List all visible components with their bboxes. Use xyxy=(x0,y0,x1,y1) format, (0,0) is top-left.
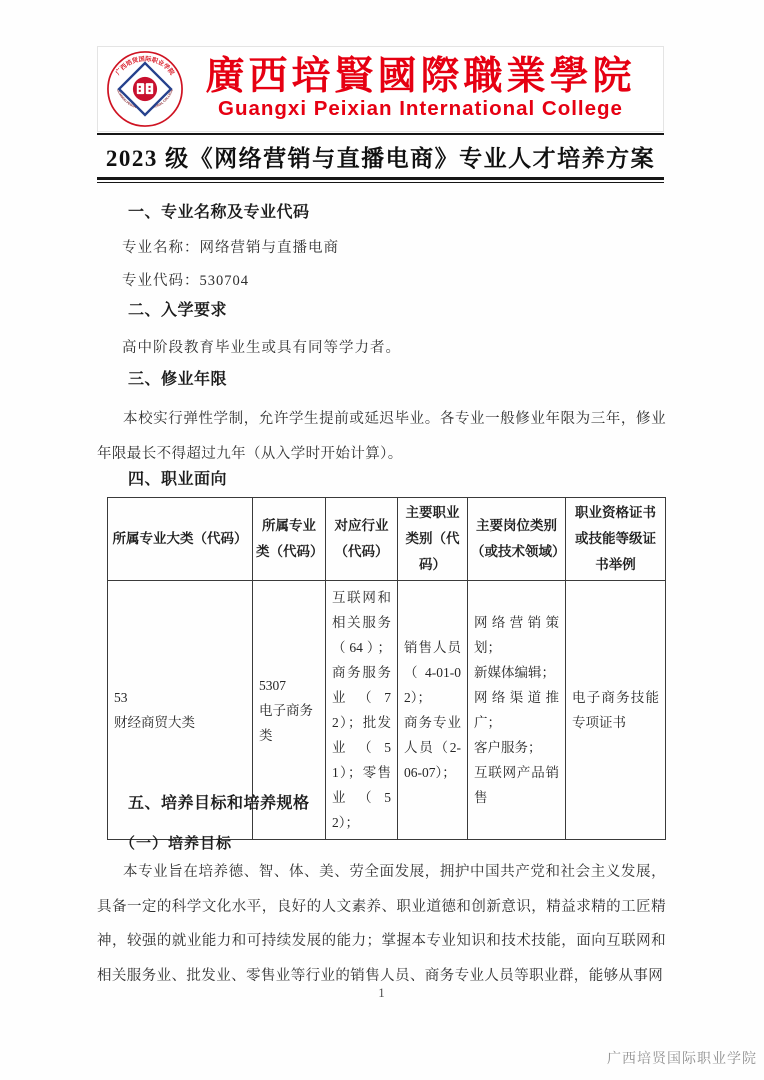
section-one-heading: 一、专业名称及专业代码 xyxy=(128,203,310,224)
college-masthead: 广西培贤国际职业学院 GUANGXI PEIXIAN INTERNATIONAL… xyxy=(97,46,664,132)
section-three-paragraph: 本校实行弹性学制，允许学生提前或延迟毕业。各专业一般修业年限为三年，修业年限最长… xyxy=(97,402,666,471)
header-occupations: 主要职业类别（代码） xyxy=(398,498,468,581)
table-header-row: 所属专业大类（代码） 所属专业类（代码） 对应行业（代码） 主要职业类别（代码）… xyxy=(108,498,666,581)
header-major-class: 所属专业类（代码） xyxy=(253,498,326,581)
section-three-heading: 三、修业年限 xyxy=(128,370,227,391)
cell-industries: 互联网和相关服务（64）；商务服务业（72）；批发业（51）；零售业（52）； xyxy=(326,581,398,840)
career-orientation-table: 所属专业大类（代码） 所属专业类（代码） 对应行业（代码） 主要职业类别（代码）… xyxy=(107,497,666,840)
section-five-subheading: （一）培养目标 xyxy=(120,832,232,853)
section-two-body: 高中阶段教育毕业生或具有同等学力者。 xyxy=(122,336,401,357)
page-number: 1 xyxy=(97,986,666,1001)
college-name-en: Guangxi Peixian International College xyxy=(184,97,657,121)
section-four-heading: 四、职业面向 xyxy=(128,470,227,491)
major-code-line: 专业代码：530704 xyxy=(122,269,249,290)
footer-college-name: 广西培贤国际职业学院 xyxy=(607,1048,757,1068)
cell-certificates: 电子商务技能专项证书 xyxy=(566,581,666,840)
title-rule-thick xyxy=(97,177,664,180)
header-industries: 对应行业（代码） xyxy=(326,498,398,581)
college-emblem-icon: 广西培贤国际职业学院 GUANGXI PEIXIAN INTERNATIONAL… xyxy=(106,50,184,128)
section-two-heading: 二、入学要求 xyxy=(128,301,227,322)
document-page: 广西培贤国际职业学院 GUANGXI PEIXIAN INTERNATIONAL… xyxy=(0,0,764,1080)
major-name-line: 专业名称：网络营销与直播电商 xyxy=(122,236,339,257)
header-job-positions: 主要岗位类别（或技术领域） xyxy=(468,498,566,581)
section-five-paragraph: 本专业旨在培养德、智、体、美、劳全面发展，拥护中国共产党和社会主义发展，具备一定… xyxy=(97,855,666,993)
cell-occupations: 销售人员（4-01-02）； 商务专业人员（2-06-07）； xyxy=(398,581,468,840)
college-name-zh: 廣西培賢國際職業學院 xyxy=(184,57,657,97)
section-five-heading: 五、培养目标和培养规格 xyxy=(128,794,310,815)
cell-job-positions: 网络营销策划； 新媒体编辑； 网络渠道推广； 客户服务； 互联网产品销售 xyxy=(468,581,566,840)
title-bar: 2023 级《网络营销与直播电商》专业人才培养方案 xyxy=(97,133,664,183)
header-certificates: 职业资格证书或技能等级证书举例 xyxy=(566,498,666,581)
title-rule-thin xyxy=(97,182,664,183)
header-major-group: 所属专业大类（代码） xyxy=(108,498,253,581)
document-title: 2023 级《网络营销与直播电商》专业人才培养方案 xyxy=(97,135,664,177)
masthead-text: 廣西培賢國際職業學院 Guangxi Peixian International… xyxy=(184,57,663,122)
